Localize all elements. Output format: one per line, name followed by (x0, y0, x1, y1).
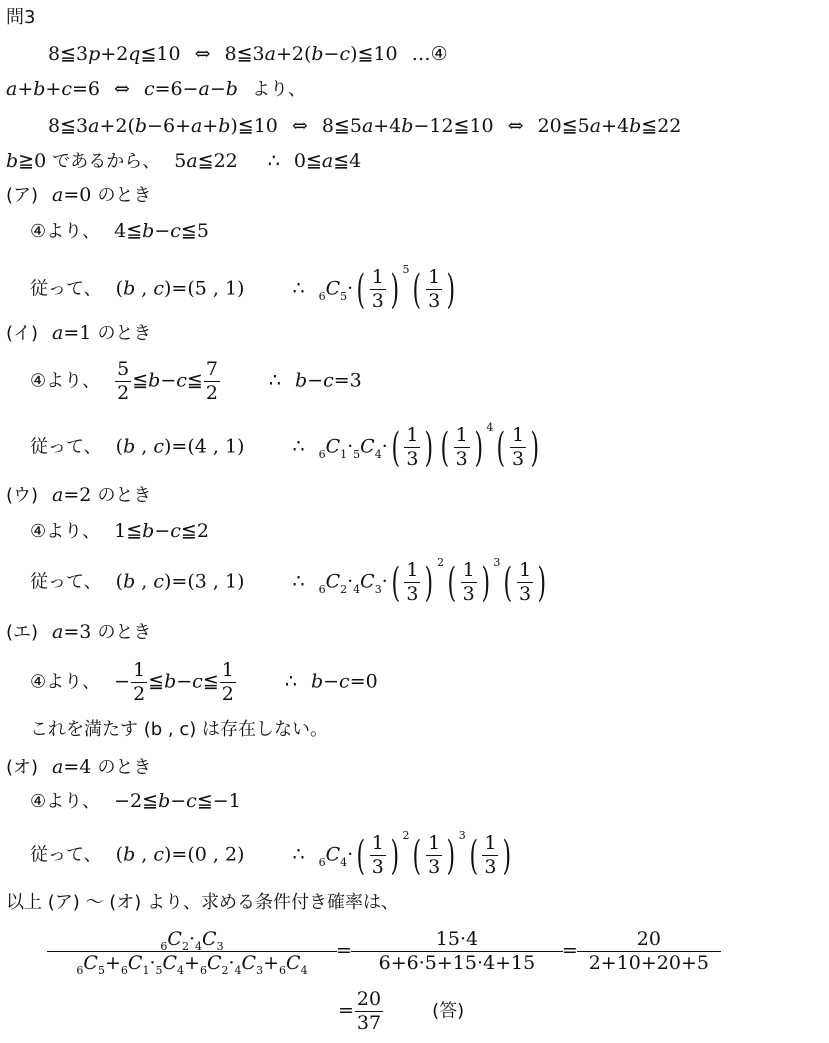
frac3-denominator: 2+10+20+5 (577, 951, 721, 973)
case-u-result: 従って、(b , c)=(3 , 1)∴6C2·4C3·(13)2(13)3(1… (30, 561, 550, 604)
case-i-result: 従って、(b , c)=(4 , 1)∴6C1·5C4·(13)(13)4(13… (30, 426, 543, 469)
final-answer-line: =2037(答) (338, 990, 464, 1033)
conclusion-fraction-line: 6C2·4C3 6C5+6C1·5C4+6C2·4C3+6C4 = 15·4 6… (48, 930, 720, 973)
equation-line-1: 8≦3p+2q≦10⇔8≦3a+2(b−c)≦10…④ (48, 45, 448, 64)
case-o-header: (オ)a=4 のとき (6, 758, 151, 777)
because-text: であるから、 (52, 151, 160, 172)
case-e-note: これを満たす (b , c) は存在しない。 (30, 721, 328, 739)
case-e-header: (エ)a=3 のとき (6, 623, 151, 642)
conclusion-intro: 以上 (ア) ～ (オ) より、求める条件付き確率は、 (6, 894, 399, 912)
final-numerator: 20 (355, 990, 383, 1011)
case-u-ineq: ④より、1≦b−c≦2 (30, 522, 209, 541)
case-o-ineq: ④より、−2≦b−c≦−1 (30, 792, 241, 811)
case-i-header: (イ)a=1 のとき (6, 324, 151, 343)
equation-line-3: 8≦3a+2(b−6+a+b)≦10⇔8≦5a+4b−12≦10⇔20≦5a+4… (48, 117, 681, 136)
problem-title: 問3 (6, 9, 35, 27)
case-a-header: (ア)a=0 のとき (6, 186, 151, 205)
frac3-numerator: 20 (635, 930, 663, 951)
equation-line-4: b≧0 であるから、5a≦22∴0≦a≦4 (6, 152, 361, 171)
frac2-numerator: 15·4 (434, 930, 480, 951)
case-o-result: 従って、(b , c)=(0 , 2)∴6C4·(13)2(13)3(13) (30, 834, 515, 877)
case-i-ineq: ④より、52≦b−c≦72∴b−c=3 (30, 360, 362, 403)
case-a-result: 従って、(b , c)=(5 , 1)∴6C5·(13)5(13) (30, 268, 459, 311)
frac2-denominator: 6+6·5+15·4+15 (351, 951, 563, 973)
case-e-ineq: ④より、−12≦b−c≦12∴b−c=0 (30, 661, 378, 704)
from-text: より、 (252, 79, 306, 100)
case-u-header: (ウ)a=2 のとき (6, 486, 151, 505)
equation-line-2: a+b+c=6⇔c=6−a−bより、 (6, 80, 306, 99)
final-denominator: 37 (355, 1011, 383, 1033)
answer-label: (答) (432, 1001, 464, 1022)
case-a-ineq: ④より、4≦b−c≦5 (30, 222, 209, 241)
